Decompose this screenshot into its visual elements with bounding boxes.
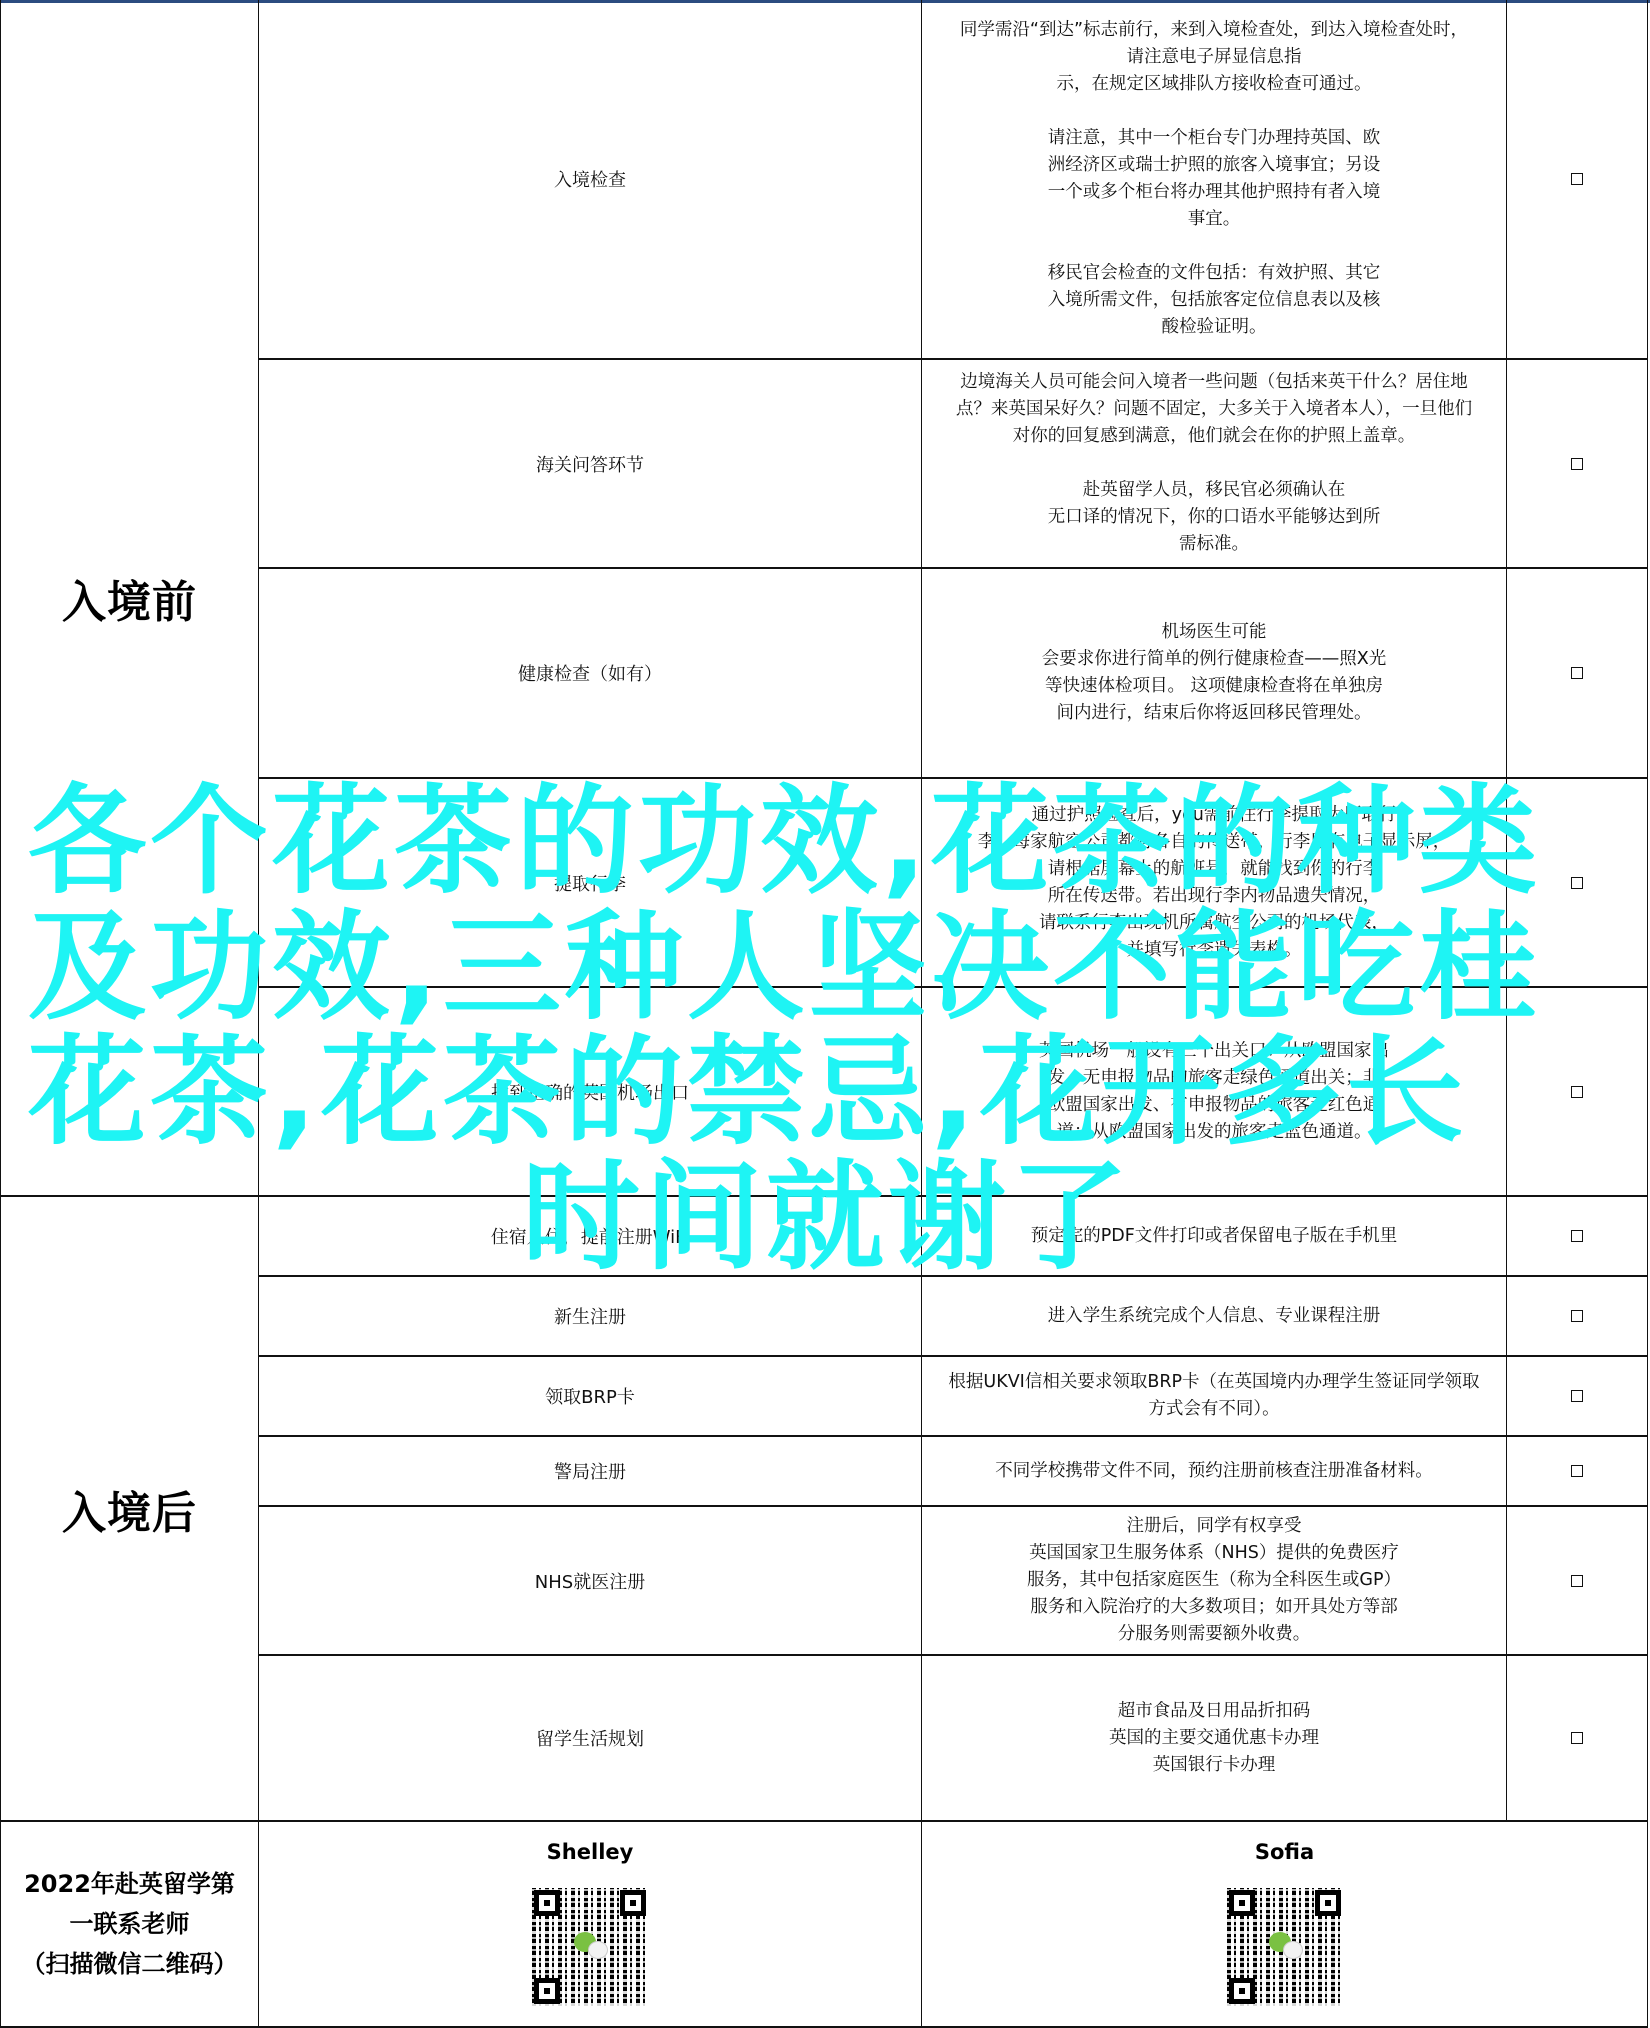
teacher-name: Shelley [547,1840,634,1864]
checkbox-icon[interactable] [1571,1230,1583,1242]
step-label: 海关问答环节 [536,451,644,477]
checkbox-icon[interactable] [1571,667,1583,679]
detail-cell: 不同学校携带文件不同，预约注册前核查注册准备材料。 [922,1437,1507,1507]
step-cell: 找到正确的英国机场出口 [259,988,922,1197]
detail-line: 无口译的情况下，你的口语水平能够达到所 [956,504,1472,531]
step-cell: 健康检查（如有） [259,569,922,779]
section-label-before-entry: 入境前 [0,0,259,1197]
checkbox-icon[interactable] [1571,1575,1583,1587]
detail-line: 英国的主要交通优惠卡办理 [1109,1725,1319,1752]
detail-line: 李，每家航空公司都有各自的传送带，行李厅有电子显示屏， [978,829,1451,856]
checkbox-cell[interactable] [1507,1656,1648,1822]
detail-line: 道；从欧盟国家出发的旅客走蓝色通道。 [1039,1119,1389,1146]
checkbox-cell[interactable] [1507,569,1648,779]
detail-line: 对你的回复感到满意，他们就会在你的护照上盖章。 [956,423,1472,450]
detail-line: 入境所需文件，包括旅客定位信息表以及核 [960,287,1468,314]
checkbox-icon[interactable] [1571,877,1583,889]
detail-text: 注册后，同学有权享受 英国国家卫生服务体系（NHS）提供的免费医疗 服务，其中包… [1021,1513,1407,1648]
contact-label: 2022年赴英留学第 一联系老师 （扫描微信二维码） [22,1864,238,1984]
step-cell: 新生注册 [259,1277,922,1357]
detail-line: 所在传送带。若出现行李内物品遗失情况， [978,883,1451,910]
checkbox-icon[interactable] [1571,1086,1583,1098]
detail-line: 请联系行李出现机所属航空公司的机场代表， [978,910,1451,937]
detail-text: 边境海关人员可能会问入境者一些问题（包括来英干什么？居住地 点？来英国呆好久？问… [950,369,1478,558]
detail-cell: 根据UKVI信相关要求领取BRP卡（在英国境内办理学生签证同学领取 方式会有不同… [922,1357,1507,1437]
checkbox-cell[interactable] [1507,1437,1648,1507]
checkbox-icon[interactable] [1571,1390,1583,1402]
checkbox-cell[interactable] [1507,1277,1648,1357]
step-cell: 住宿入住，提前注册WiFi [259,1197,922,1277]
detail-text: 进入学生系统完成个人信息、专业课程注册 [1042,1303,1387,1330]
teacher-card-shelley: Shelley [259,1822,922,2028]
detail-line: 方式会有不同）。 [948,1396,1479,1423]
detail-cell: 注册后，同学有权享受 英国国家卫生服务体系（NHS）提供的免费医疗 服务，其中包… [922,1507,1507,1656]
detail-line: 酸检验证明。 [960,314,1468,341]
detail-cell: 通过护照检查后，you需前往行李提取大厅取行 李，每家航空公司都有各自的传送带，… [922,779,1507,988]
detail-line: 通过护照检查后，you需前往行李提取大厅取行 [978,802,1451,829]
detail-line: 发，无申报物品的旅客走绿色通道出关；非 [1039,1065,1389,1092]
detail-cell: 边境海关人员可能会问入境者一些问题（包括来英干什么？居住地 点？来英国呆好久？问… [922,360,1507,569]
step-label: NHS就医注册 [535,1568,645,1594]
detail-cell: 机场医生可能 会要求你进行简单的例行健康检查——照X光 等快速体检项目。 这项健… [922,569,1507,779]
step-cell: 海关问答环节 [259,360,922,569]
detail-line: 事宜。 [960,206,1468,233]
detail-cell: 同学需沿“到达”标志前行，来到入境检查处，到达入境检查处时， 请注意电子屏显信息… [922,0,1507,360]
detail-line: 移民官会检查的文件包括：有效护照、其它 [960,260,1468,287]
step-cell: 警局注册 [259,1437,922,1507]
detail-line: 服务和入院治疗的大多数项目；如开具处方等部 [1027,1594,1401,1621]
detail-cell: 超市食品及日用品折扣码 英国的主要交通优惠卡办理 英国银行卡办理 [922,1656,1507,1822]
step-label: 新生注册 [554,1303,626,1329]
detail-line: 示，在规定区域排队方接收检查可通过。 [960,71,1468,98]
detail-text: 英国机场一般设有三个出关口：从欧盟国家出 发，无申报物品的旅客走绿色通道出关；非… [1033,1038,1395,1146]
detail-text: 超市食品及日用品折扣码 英国的主要交通优惠卡办理 英国银行卡办理 [1103,1698,1325,1779]
detail-text: 预定完的PDF文件打印或者保留电子版在手机里 [1025,1223,1404,1250]
detail-text: 通过护照检查后，you需前往行李提取大厅取行 李，每家航空公司都有各自的传送带，… [972,802,1457,964]
detail-line: 边境海关人员可能会问入境者一些问题（包括来英干什么？居住地 [956,369,1472,396]
checkbox-cell[interactable] [1507,779,1648,988]
checkbox-icon[interactable] [1571,1310,1583,1322]
section-title: 入境后 [62,1477,197,1541]
detail-cell: 预定完的PDF文件打印或者保留电子版在手机里 [922,1197,1507,1277]
step-label: 找到正确的英国机场出口 [491,1079,689,1105]
wechat-qr-code-icon [1227,1888,1343,2006]
checkbox-cell[interactable] [1507,1197,1648,1277]
step-label: 入境检查 [554,166,626,192]
detail-line: 会要求你进行简单的例行健康检查——照X光 [1042,646,1387,673]
contact-label-cell: 2022年赴英留学第 一联系老师 （扫描微信二维码） [0,1822,259,2028]
section-title: 入境前 [62,566,197,630]
checkbox-icon[interactable] [1571,1732,1583,1744]
detail-text: 根据UKVI信相关要求领取BRP卡（在英国境内办理学生签证同学领取 方式会有不同… [942,1369,1485,1423]
teacher-name: Sofia [1255,1840,1314,1864]
detail-line: 点？来英国呆好久？问题不固定，大多关于入境者本人），一旦他们 [956,396,1472,423]
detail-line: 英国银行卡办理 [1109,1752,1319,1779]
detail-line: 分服务则需要额外收费。 [1027,1621,1401,1648]
detail-line: 预定完的PDF文件打印或者保留电子版在手机里 [1031,1223,1398,1250]
step-cell: NHS就医注册 [259,1507,922,1656]
detail-line: 根据UKVI信相关要求领取BRP卡（在英国境内办理学生签证同学领取 [948,1369,1479,1396]
checkbox-icon[interactable] [1571,1465,1583,1477]
step-label: 留学生活规划 [536,1725,644,1751]
detail-line: 请根据屏幕上的航班号，就能找到你的行李 [978,856,1451,883]
step-cell: 领取BRP卡 [259,1357,922,1437]
checkbox-icon[interactable] [1571,173,1583,185]
step-label: 领取BRP卡 [545,1383,635,1409]
detail-text: 同学需沿“到达”标志前行，来到入境检查处，到达入境检查处时， 请注意电子屏显信息… [954,17,1474,341]
wechat-qr-code-icon [532,1888,648,2006]
detail-line: 请注意电子屏显信息指 [960,44,1468,71]
checklist-table: 入境前 入境检查 同学需沿“到达”标志前行，来到入境检查处，到达入境检查处时， … [0,0,1650,2028]
detail-text: 机场医生可能 会要求你进行简单的例行健康检查——照X光 等快速体检项目。 这项健… [1036,619,1393,727]
checkbox-cell[interactable] [1507,1357,1648,1437]
detail-line: 同学需沿“到达”标志前行，来到入境检查处，到达入境检查处时， [960,17,1468,44]
detail-line: 进入学生系统完成个人信息、专业课程注册 [1048,1303,1381,1330]
checkbox-cell[interactable] [1507,0,1648,360]
detail-line: 需标准。 [956,531,1472,558]
checkbox-cell[interactable] [1507,988,1648,1197]
step-label: 健康检查（如有） [518,660,662,686]
detail-line: 等快速体检项目。 这项健康检查将在单独房 [1042,673,1387,700]
detail-line: 洲经济区或瑞士护照的旅客入境事宜；另设 [960,152,1468,179]
detail-line: 不同学校携带文件不同，预约注册前核查注册准备材料。 [995,1458,1433,1485]
teacher-card-sofia: Sofia [922,1822,1648,2028]
detail-line: 超市食品及日用品折扣码 [1109,1698,1319,1725]
step-label: 警局注册 [554,1458,626,1484]
detail-line: 机场医生可能 [1042,619,1387,646]
step-cell: 留学生活规划 [259,1656,922,1822]
detail-line: 并填写行李遗失表格。 [978,937,1451,964]
step-cell: 提取行李 [259,779,922,988]
detail-line: 一个或多个柜台将办理其他护照持有者入境 [960,179,1468,206]
detail-line: 间内进行，结束后你将返回移民管理处。 [1042,700,1387,727]
detail-line: 请注意，其中一个柜台专门办理持英国、欧 [960,125,1468,152]
checkbox-cell[interactable] [1507,360,1648,569]
step-cell: 入境检查 [259,0,922,360]
detail-text: 不同学校携带文件不同，预约注册前核查注册准备材料。 [989,1458,1439,1485]
detail-line: 欧盟国家出发、有申报物品的旅客走红色通 [1039,1092,1389,1119]
detail-line: 赴英留学人员，移民官必须确认在 [956,477,1472,504]
section-label-after-entry: 入境后 [0,1197,259,1822]
detail-line: 注册后，同学有权享受 [1027,1513,1401,1540]
detail-cell: 英国机场一般设有三个出关口：从欧盟国家出 发，无申报物品的旅客走绿色通道出关；非… [922,988,1507,1197]
checkbox-cell[interactable] [1507,1507,1648,1656]
step-label: 提取行李 [554,870,626,896]
detail-line: 英国机场一般设有三个出关口：从欧盟国家出 [1039,1038,1389,1065]
detail-cell: 进入学生系统完成个人信息、专业课程注册 [922,1277,1507,1357]
step-label: 住宿入住，提前注册WiFi [491,1223,689,1249]
detail-line: 服务，其中包括家庭医生（称为全科医生或GP） [1027,1567,1401,1594]
checkbox-icon[interactable] [1571,458,1583,470]
detail-line: 英国国家卫生服务体系（NHS）提供的免费医疗 [1027,1540,1401,1567]
